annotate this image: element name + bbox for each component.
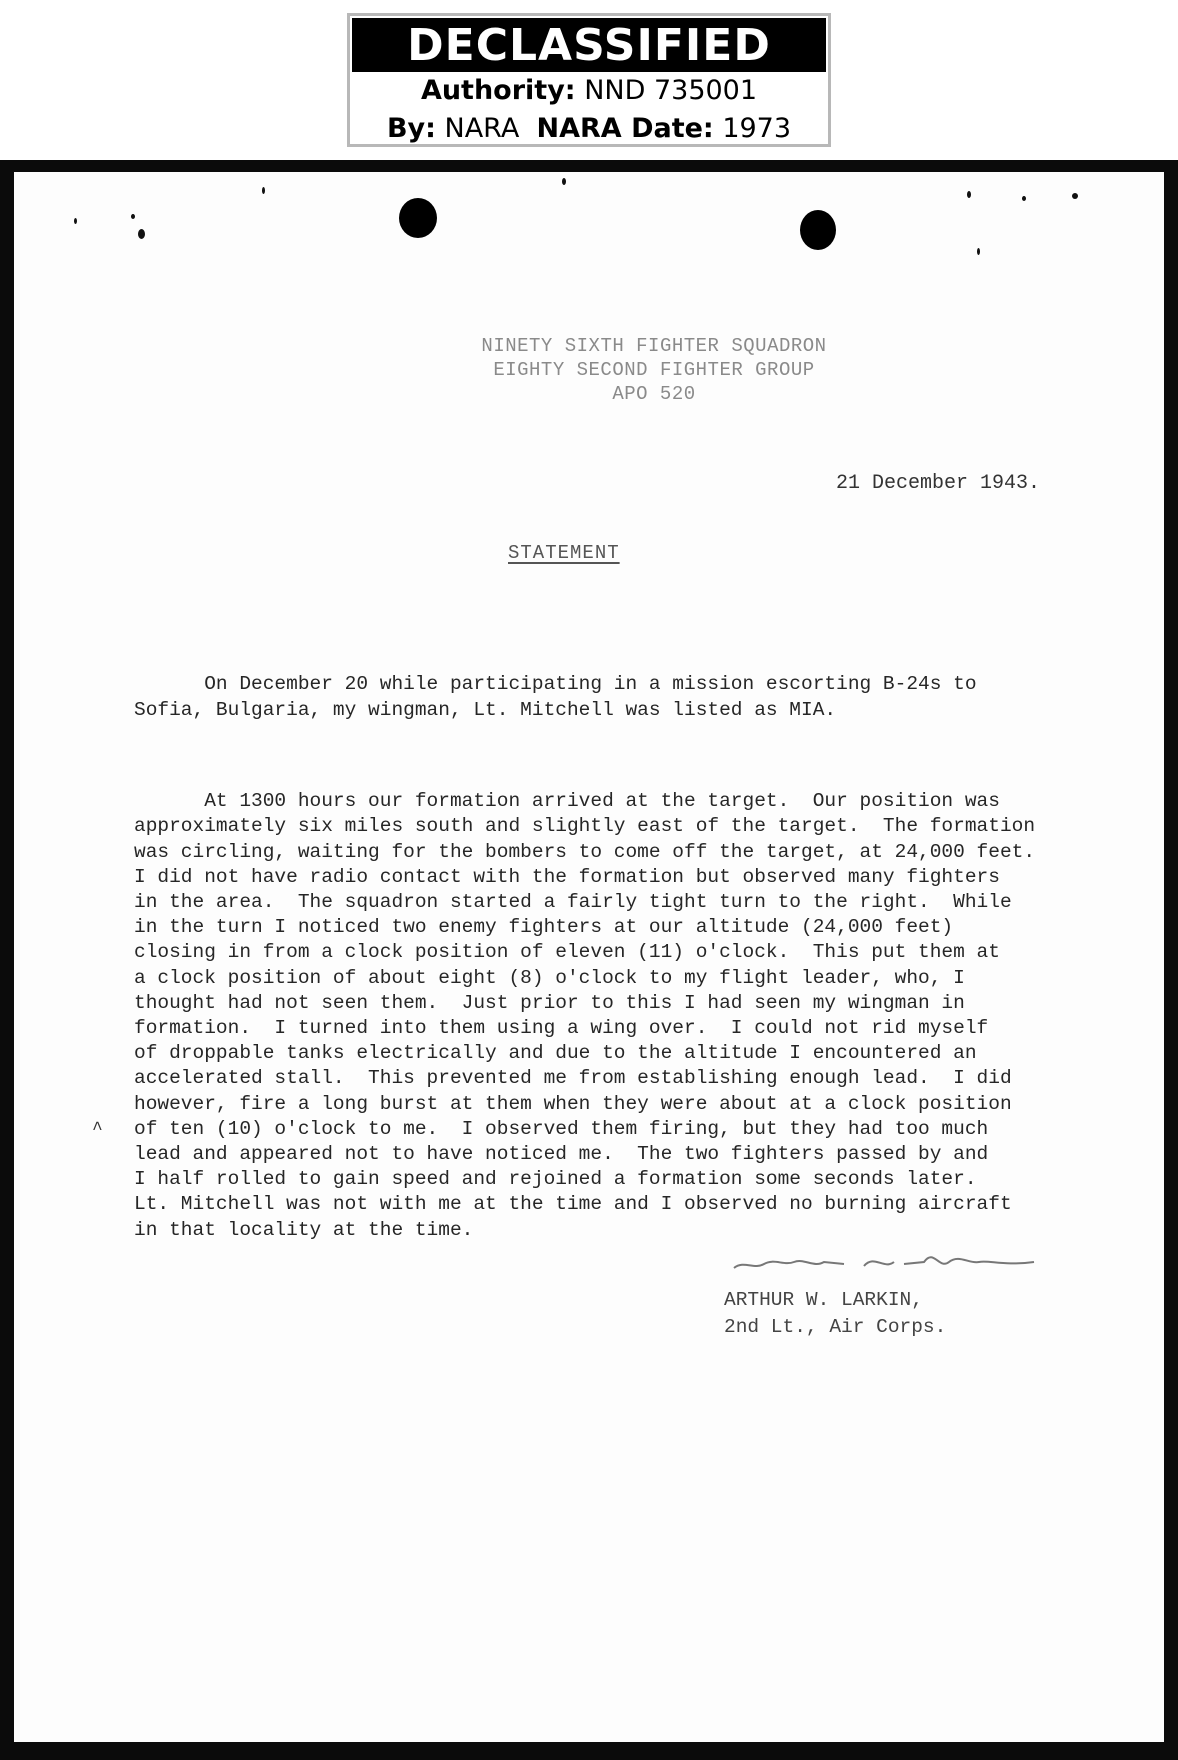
by-label: By:: [387, 113, 436, 144]
signatory-rank: 2nd Lt., Air Corps.: [724, 1314, 946, 1341]
document-page: NINETY SIXTH FIGHTER SQUADRON EIGHTY SEC…: [14, 172, 1164, 1742]
stamp-by-date: By: NARA NARA Date: 1973: [350, 110, 828, 148]
hole-punch-right: [800, 210, 836, 250]
document-title: STATEMENT: [508, 542, 620, 564]
statement-body: On December 20 while participating in a …: [134, 622, 1074, 1309]
scan-speck: [562, 178, 566, 185]
letterhead-apo: APO 520: [144, 382, 1164, 406]
scan-speck: [1072, 193, 1078, 199]
nara-date-label: NARA Date:: [537, 113, 714, 144]
stamp-title: DECLASSIFIED: [352, 18, 826, 72]
letterhead-squadron: NINETY SIXTH FIGHTER SQUADRON: [144, 334, 1164, 358]
paragraph: On December 20 while participating in a …: [134, 672, 1074, 722]
scan-speck: [262, 187, 265, 194]
paragraph: At 1300 hours our formation arrived at t…: [134, 789, 1074, 1243]
declassified-stamp: DECLASSIFIED Authority: NND 735001 By: N…: [347, 13, 831, 147]
signatory-name: ARTHUR W. LARKIN,: [724, 1287, 946, 1314]
by-value: NARA: [445, 113, 520, 144]
margin-mark: ^: [92, 1120, 103, 1140]
letterhead: NINETY SIXTH FIGHTER SQUADRON EIGHTY SEC…: [14, 334, 1164, 406]
scan-speck: [967, 191, 971, 198]
authority-label: Authority:: [421, 75, 576, 106]
stamp-authority: Authority: NND 735001: [350, 72, 828, 110]
scan-speck: [977, 248, 980, 255]
authority-value: NND 735001: [584, 75, 757, 106]
scan-speck: [1022, 196, 1026, 201]
document-date: 21 December 1943.: [836, 472, 1040, 495]
handwritten-signature: [724, 1240, 1044, 1280]
scan-speck: [138, 229, 145, 239]
scan-speck: [74, 218, 77, 224]
hole-punch-left: [399, 198, 437, 238]
letterhead-group: EIGHTY SECOND FIGHTER GROUP: [144, 358, 1164, 382]
scanned-document: NINETY SIXTH FIGHTER SQUADRON EIGHTY SEC…: [0, 160, 1178, 1760]
nara-date-value: 1973: [722, 113, 791, 144]
signature-block: ARTHUR W. LARKIN, 2nd Lt., Air Corps.: [724, 1287, 946, 1341]
scan-speck: [131, 214, 135, 219]
